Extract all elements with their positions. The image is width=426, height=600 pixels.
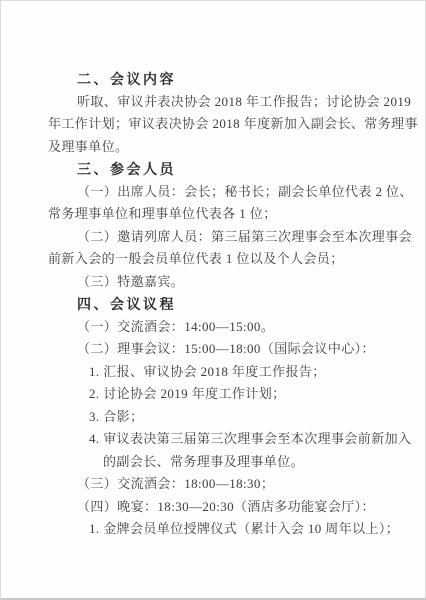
document-text-line: （二）理事会议：15:00—18:00（国际会议中心）： xyxy=(77,338,401,361)
document-text-line: 常务理事单位和理事单位代表各 1 位； xyxy=(48,203,401,226)
document-text-line: 前新入会的一般会员单位代表 1 位以及个人会员； xyxy=(48,248,401,271)
section-heading: 四、会议议程 xyxy=(77,293,401,316)
document-text-line: 1. 汇报、审议协会 2018 年度工作报告； xyxy=(89,361,401,384)
document-body: 二、会议内容听取、审议并表决协会 2018 年工作报告；讨论协会 2019年工作… xyxy=(1,1,425,541)
document-text-line: 的副会长、常务理事及理事单位。 xyxy=(103,451,401,474)
document-page: 二、会议内容听取、审议并表决协会 2018 年工作报告；讨论协会 2019年工作… xyxy=(0,0,426,600)
document-text-line: 年工作计划；审议表决协会 2018 年度新加入副会长、常务理事 xyxy=(48,113,401,136)
document-text-line: （三）特邀嘉宾。 xyxy=(77,271,401,294)
document-text-line: （一）出席人员：会长；秘书长；副会长单位代表 2 位、 xyxy=(77,181,401,204)
document-text-line: 及理事单位。 xyxy=(48,136,401,159)
section-heading: 二、会议内容 xyxy=(77,68,401,91)
document-text-line: 2. 讨论协会 2019 年度工作计划； xyxy=(89,383,401,406)
section-heading: 三、参会人员 xyxy=(77,158,401,181)
document-text-line: 1. 金牌会员单位授牌仪式（累计入会 10 周年以上）； xyxy=(89,518,401,541)
document-text-line: （一）交流酒会：14:00—15:00。 xyxy=(77,316,401,339)
document-text-line: （二）邀请列席人员：第三届第三次理事会至本次理事会 xyxy=(77,226,401,249)
document-text-line: 听取、审议并表决协会 2018 年工作报告；讨论协会 2019 xyxy=(77,91,401,114)
document-text-line: （三）交流酒会：18:00—18:30； xyxy=(77,473,401,496)
document-text-line: 4. 审议表决第三届第三次理事会至本次理事会前新加入 xyxy=(89,428,401,451)
document-text-line: （四）晚宴：18:30—20:30（酒店多功能宴会厅）： xyxy=(77,496,401,519)
document-text-line: 3. 合影； xyxy=(89,406,401,429)
